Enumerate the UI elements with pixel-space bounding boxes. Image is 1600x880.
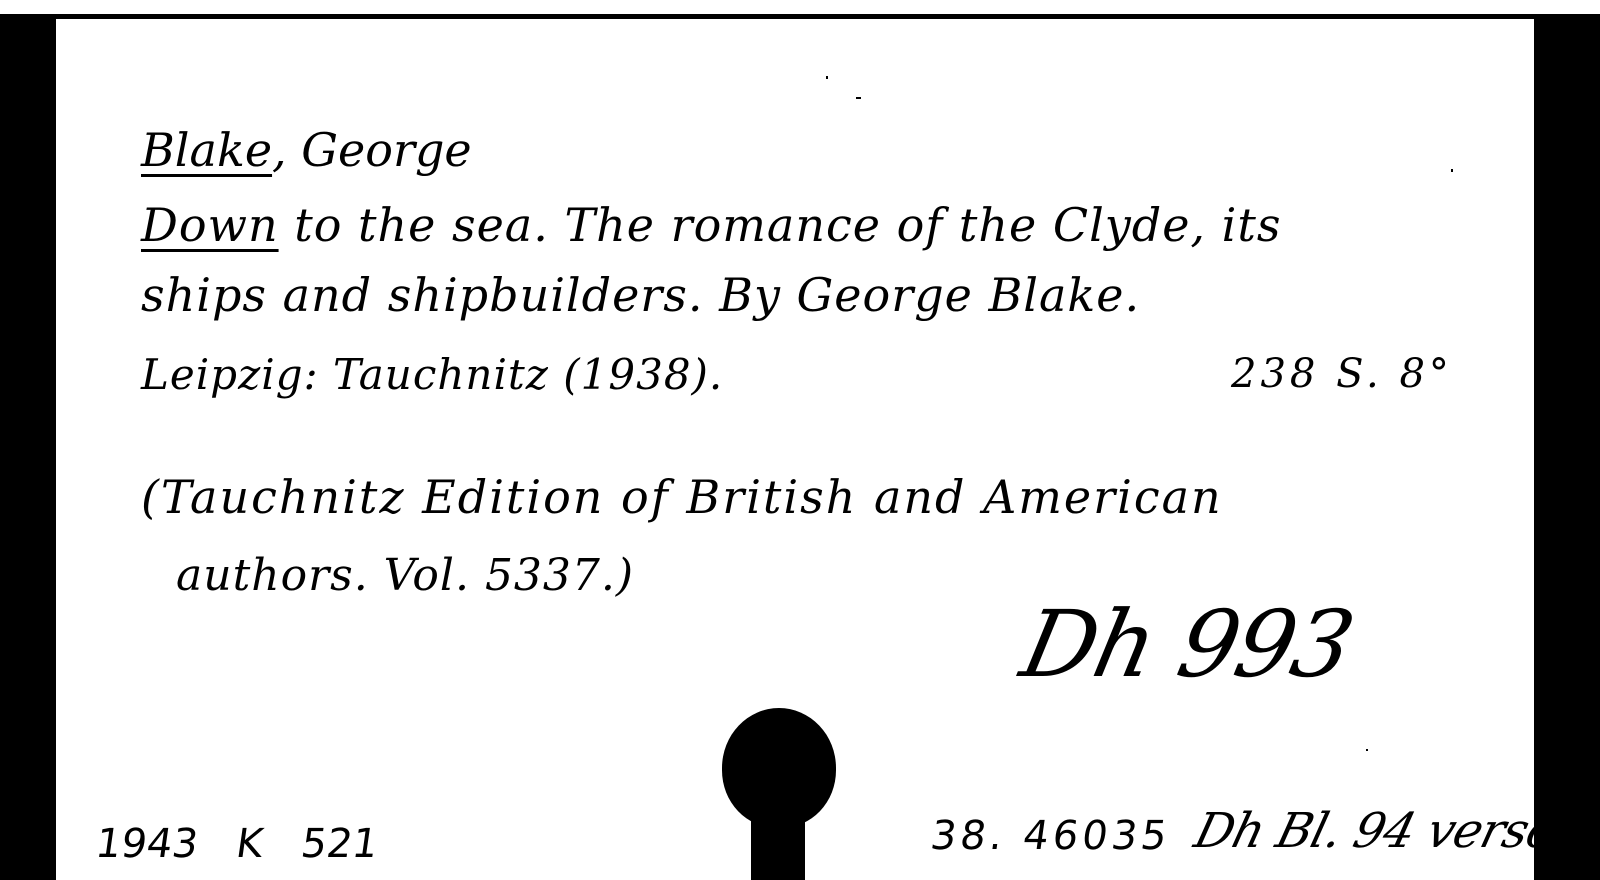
title-rest: to the sea. The romance of the Clyde, it… [294, 198, 1281, 252]
scan-speck [1366, 749, 1368, 751]
footer-accession: 1943 K 521 [93, 824, 380, 864]
author-separator: , [272, 123, 287, 177]
scan-speck [1451, 169, 1453, 172]
footer-reference: Dh Bl. 94 verso [1190, 807, 1561, 855]
scan-border-left [0, 14, 56, 880]
author-heading: Blake, George [141, 127, 472, 173]
catalog-card: Blake, George Down to the sea. The roman… [56, 19, 1534, 880]
scan-border-right [1534, 14, 1600, 880]
punch-hole-slot [751, 809, 805, 880]
title-first-word: Down [141, 198, 279, 252]
author-surname: Blake [141, 123, 272, 177]
scan-speck [856, 97, 861, 99]
scan-speck [826, 76, 828, 79]
title-line-2: ships and shipbuilders. By George Blake. [141, 272, 1140, 318]
author-given-name: George [301, 123, 471, 177]
imprint: Leipzig: Tauchnitz (1938). [141, 354, 723, 396]
series-line-2: authors. Vol. 5337.) [176, 554, 634, 598]
title-line-1: Down to the sea. The romance of the Clyd… [141, 202, 1281, 248]
shelf-mark: Dh 993 [1014, 599, 1359, 691]
series-line-1: (Tauchnitz Edition of British and Americ… [141, 474, 1223, 520]
collation: 238 S. 8° [1231, 354, 1453, 394]
scanned-card-image: Blake, George Down to the sea. The roman… [0, 0, 1600, 880]
footer-number: 38. 46035 [928, 816, 1173, 856]
